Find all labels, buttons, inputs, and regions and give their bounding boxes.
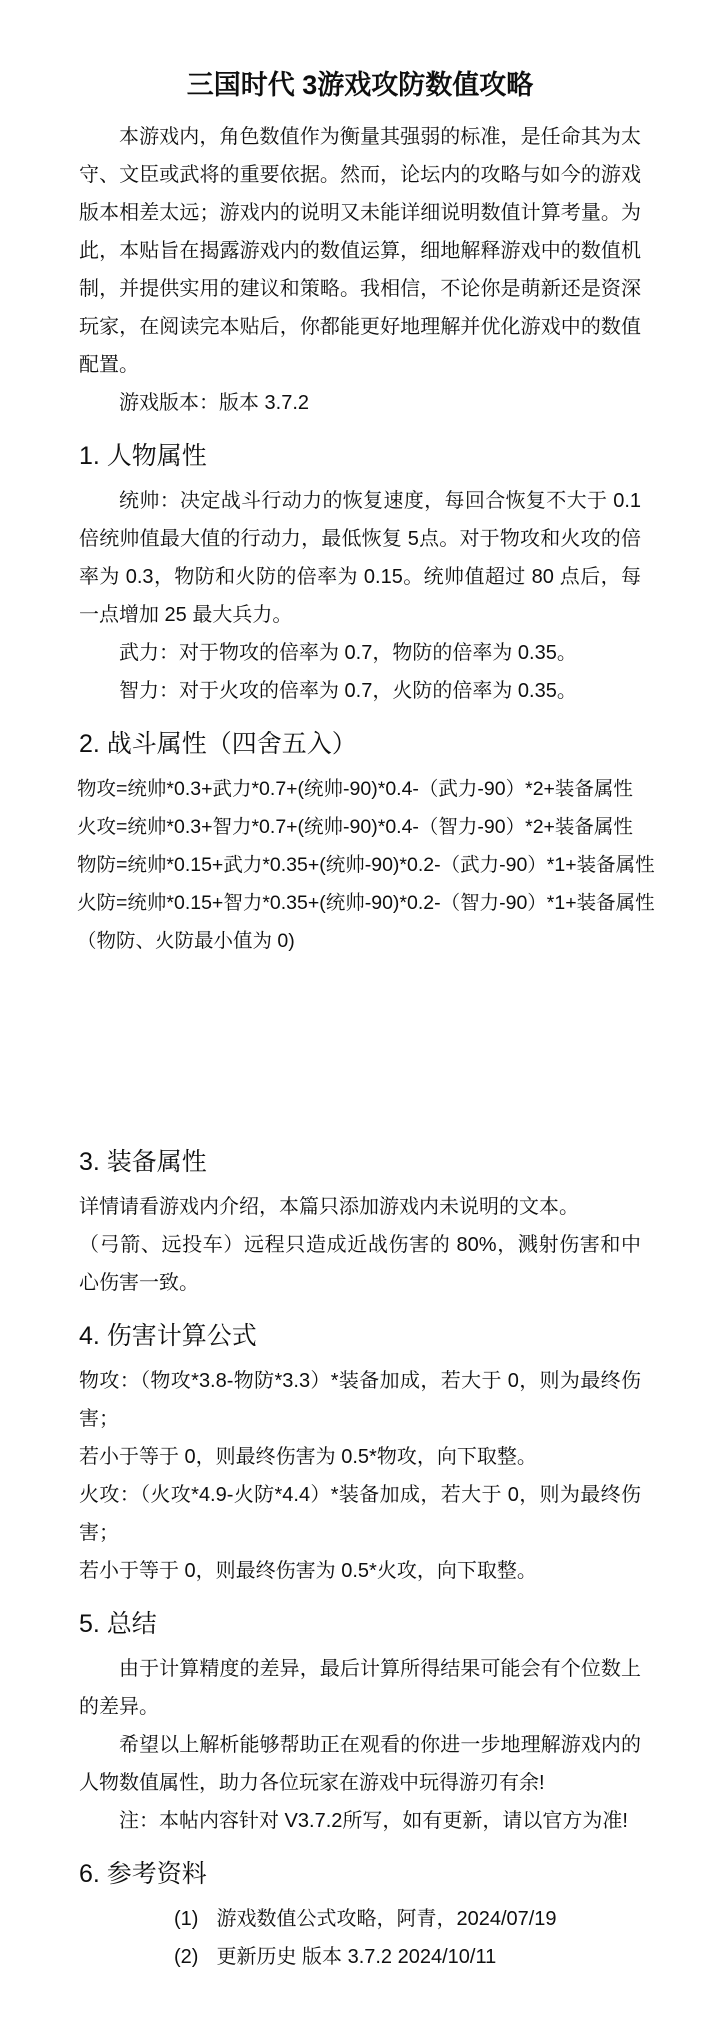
paragraph-fire-damage-else: 若小于等于 0，则最终伤害为 0.5*火攻，向下取整。 xyxy=(79,1552,641,1590)
section-heading-character-attributes: 1. 人物属性 xyxy=(79,434,641,478)
paragraph-ranged-damage: （弓箭、远投车）远程只造成近战伤害的 80%，溅射伤害和中心伤害一致。 xyxy=(79,1226,641,1302)
paragraph-fire-damage: 火攻：（火攻*4.9-火防*4.4）*装备加成，若大于 0，则为最终伤害； xyxy=(79,1476,641,1552)
formula-physical-defense: 物防=统帅*0.15+武力*0.35+(统帅-90)*0.2-（武力-90）*1… xyxy=(77,846,641,884)
game-version-line: 游戏版本：版本 3.7.2 xyxy=(79,384,641,422)
formula-fire-defense: 火防=统帅*0.15+智力*0.35+(统帅-90)*0.2-（智力-90）*1… xyxy=(77,884,641,922)
paragraph-hope-note: 希望以上解析能够帮助正在观看的你进一步地理解游戏内的人物数值属性，助力各位玩家在… xyxy=(79,1726,641,1802)
section-heading-summary: 5. 总结 xyxy=(79,1602,641,1646)
paragraph-version-note: 注：本帖内容针对 V3.7.2所写，如有更新，请以官方为准! xyxy=(79,1802,641,1840)
reference-marker: (2) xyxy=(174,1946,198,1968)
formula-fire-attack: 火攻=统帅*0.3+智力*0.7+(统帅-90)*0.4-（智力-90）*2+装… xyxy=(77,808,641,846)
paragraph-intelligence: 智力：对于火攻的倍率为 0.7，火防的倍率为 0.35。 xyxy=(79,672,641,710)
reference-text: 游戏数值公式攻略，阿青，2024/07/19 xyxy=(216,1908,556,1930)
paragraph-strength: 武力：对于物攻的倍率为 0.7，物防的倍率为 0.35。 xyxy=(79,634,641,672)
section-heading-references: 6. 参考资料 xyxy=(79,1852,641,1896)
section-heading-combat-attributes: 2. 战斗属性（四舍五入） xyxy=(79,722,641,766)
reference-item-1: (1)游戏数值公式攻略，阿青，2024/07/19 xyxy=(79,1900,641,1938)
section-heading-damage-formula: 4. 伤害计算公式 xyxy=(79,1314,641,1358)
reference-text: 更新历史 版本 3.7.2 2024/10/11 xyxy=(216,1946,496,1968)
document-page: 三国时代 3游戏攻防数值攻略 本游戏内，角色数值作为衡量其强弱的标准，是任命其为… xyxy=(79,0,641,1976)
intro-paragraph: 本游戏内，角色数值作为衡量其强弱的标准，是任命其为太守、文臣或武将的重要依据。然… xyxy=(79,118,641,384)
paragraph-physical-damage: 物攻：（物攻*3.8-物防*3.3）*装备加成，若大于 0，则为最终伤害； xyxy=(79,1362,641,1438)
blank-gap xyxy=(79,960,641,1128)
paragraph-leadership: 统帅：决定战斗行动力的恢复速度，每回合恢复不大于 0.1倍统帅值最大值的行动力，… xyxy=(79,482,641,634)
reference-item-2: (2)更新历史 版本 3.7.2 2024/10/11 xyxy=(79,1938,641,1976)
section-heading-equipment-attributes: 3. 装备属性 xyxy=(79,1140,641,1184)
paragraph-precision-note: 由于计算精度的差异，最后计算所得结果可能会有个位数上的差异。 xyxy=(79,1650,641,1726)
reference-marker: (1) xyxy=(174,1908,198,1930)
formula-physical-attack: 物攻=统帅*0.3+武力*0.7+(统帅-90)*0.4-（武力-90）*2+装… xyxy=(77,770,641,808)
doc-title: 三国时代 3游戏攻防数值攻略 xyxy=(79,64,641,106)
formula-minimum-note: （物防、火防最小值为 0) xyxy=(77,922,641,960)
paragraph-physical-damage-else: 若小于等于 0，则最终伤害为 0.5*物攻，向下取整。 xyxy=(79,1438,641,1476)
paragraph-equipment-info: 详情请看游戏内介绍，本篇只添加游戏内未说明的文本。 xyxy=(79,1188,641,1226)
